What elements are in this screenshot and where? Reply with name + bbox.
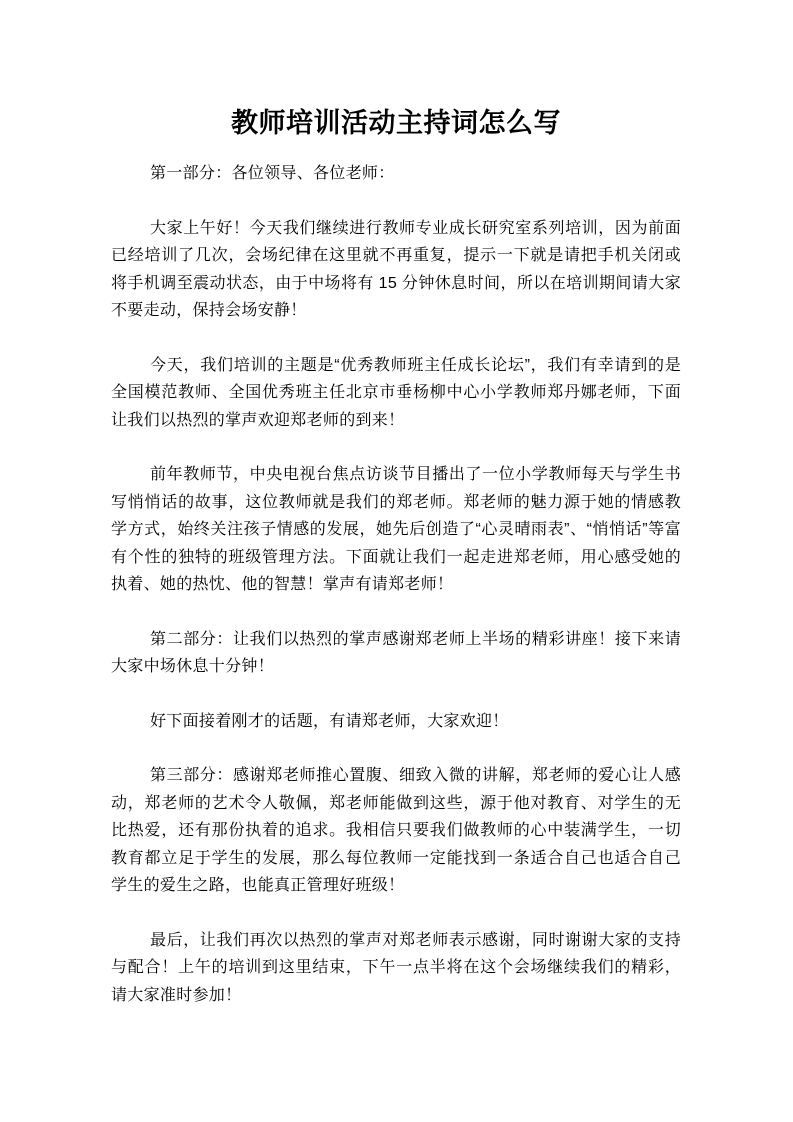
document-title: 教师培训活动主持词怎么写: [111, 104, 681, 142]
document-body: 教师培训活动主持词怎么写 第一部分：各位领导、各位老师： 大家上午好！今天我们继…: [111, 104, 681, 1009]
paragraph-teacher-introduction: 前年教师节，中央电视台焦点访谈节目播出了一位小学教师每天与学生书写悄悄话的故事，…: [111, 461, 681, 599]
paragraph-training-theme: 今天，我们培训的主题是“优秀教师班主任成长论坛”，我们有幸请到的是全国模范教师、…: [111, 352, 681, 435]
paragraph-closing-remarks: 最后，让我们再次以热烈的掌声对郑老师表示感谢，同时谢谢大家的支持与配合！上午的培…: [111, 927, 681, 1010]
paragraph-opening-remarks: 大家上午好！今天我们继续进行教师专业成长研究室系列培训，因为前面已经培训了几次，…: [111, 215, 681, 325]
paragraph-section1-greeting: 第一部分：各位领导、各位老师：: [111, 160, 681, 188]
paragraph-section3-thanks: 第三部分：感谢郑老师推心置腹、细致入微的讲解，郑老师的爱心让人感动，郑老师的艺术…: [111, 762, 681, 900]
paragraph-section2-break: 第二部分：让我们以热烈的掌声感谢郑老师上半场的精彩讲座！接下来请大家中场休息十分…: [111, 626, 681, 681]
document-page: 教师培训活动主持词怎么写 第一部分：各位领导、各位老师： 大家上午好！今天我们继…: [0, 0, 793, 1122]
paragraph-resume-topic: 好下面接着刚才的话题，有请郑老师，大家欢迎！: [111, 708, 681, 736]
